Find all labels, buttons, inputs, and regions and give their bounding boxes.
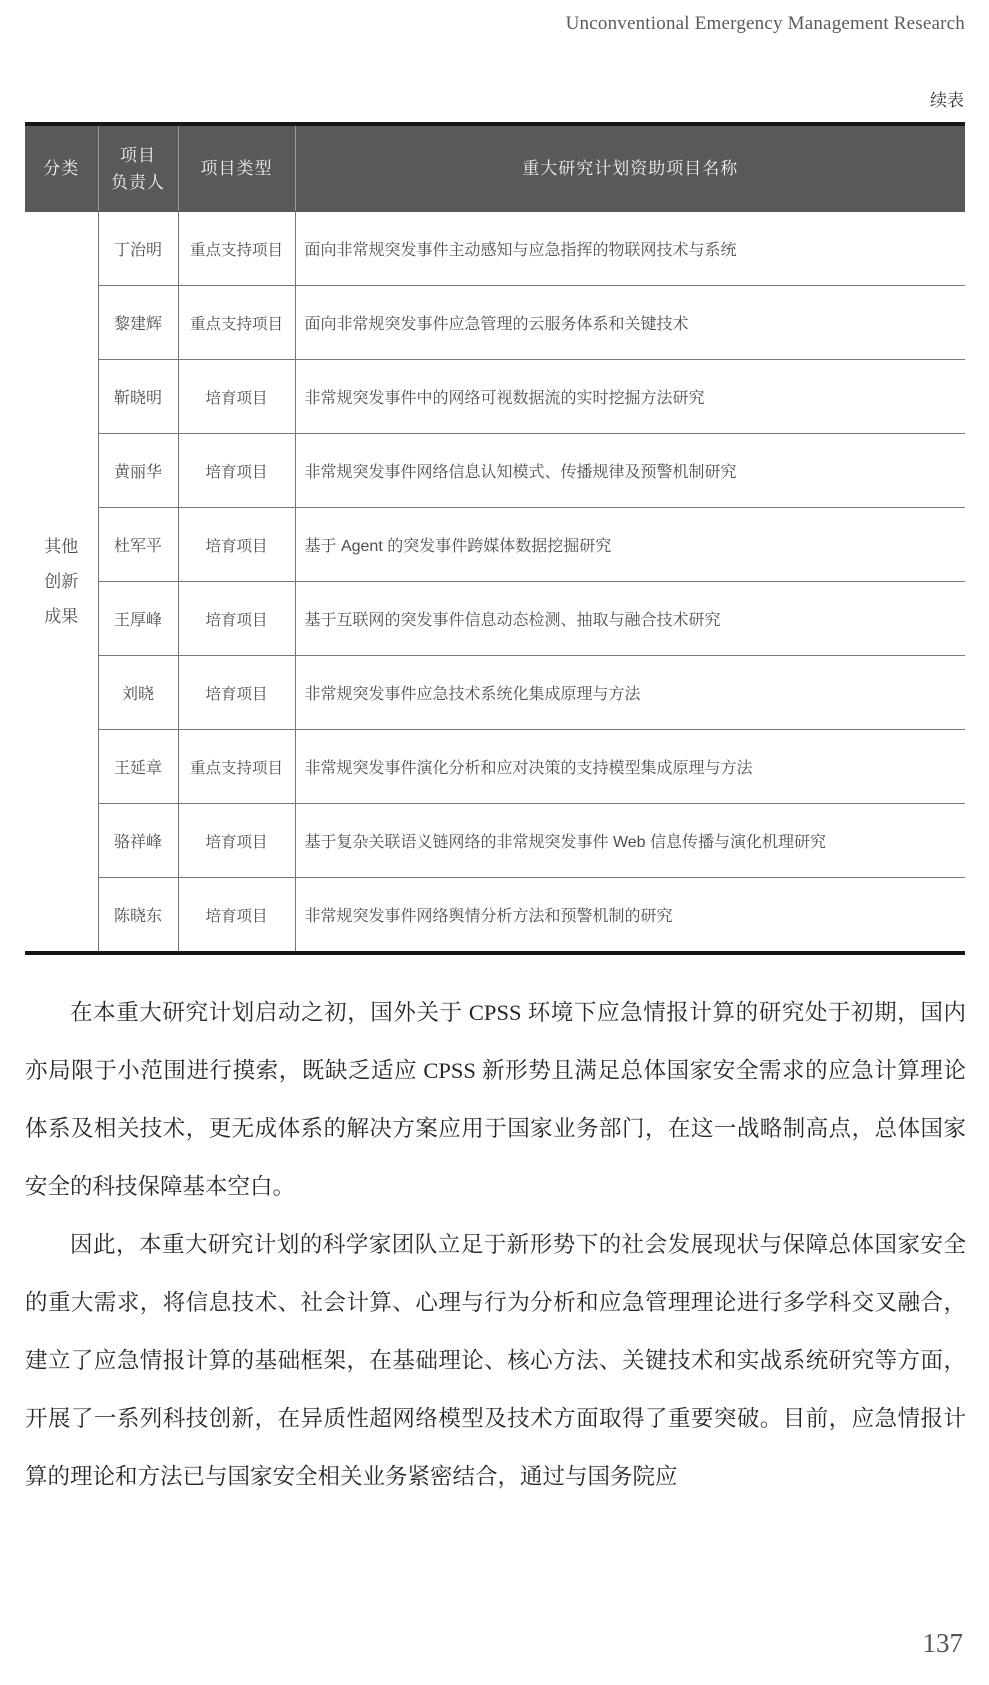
running-head: Unconventional Emergency Management Rese… [566, 13, 965, 35]
table-row: 靳晓明 培育项目 非常规突发事件中的网络可视数据流的实时挖掘方法研究 [25, 360, 965, 434]
cell-title: 基于复杂关联语义链网络的非常规突发事件 Web 信息传播与演化机理研究 [295, 804, 965, 878]
table-row: 王延章 重点支持项目 非常规突发事件演化分析和应对决策的支持模型集成原理与方法 [25, 730, 965, 804]
cell-leader: 刘晓 [98, 656, 178, 730]
cell-type: 培育项目 [178, 434, 295, 508]
cell-type: 培育项目 [178, 508, 295, 582]
cell-leader: 陈晓东 [98, 878, 178, 954]
cell-leader: 黎建辉 [98, 286, 178, 360]
table-row: 陈晓东 培育项目 非常规突发事件网络舆情分析方法和预警机制的研究 [25, 878, 965, 954]
cell-type: 培育项目 [178, 878, 295, 954]
funded-projects-table: 分类 项目 负责人 项目类型 重大研究计划资助项目名称 其他 创新 成果 丁治明… [25, 122, 965, 955]
cell-title: 面向非常规突发事件主动感知与应急指挥的物联网技术与系统 [295, 212, 965, 286]
cell-type: 培育项目 [178, 656, 295, 730]
category-cell: 其他 创新 成果 [25, 212, 98, 954]
paragraph: 在本重大研究计划启动之初，国外关于 CPSS 环境下应急情报计算的研究处于初期，… [25, 984, 966, 1216]
cell-type: 培育项目 [178, 582, 295, 656]
table-header-row: 分类 项目 负责人 项目类型 重大研究计划资助项目名称 [25, 124, 965, 212]
table-row: 王厚峰 培育项目 基于互联网的突发事件信息动态检测、抽取与融合技术研究 [25, 582, 965, 656]
cell-title: 非常规突发事件演化分析和应对决策的支持模型集成原理与方法 [295, 730, 965, 804]
table-row: 黎建辉 重点支持项目 面向非常规突发事件应急管理的云服务体系和关键技术 [25, 286, 965, 360]
table-row: 骆祥峰 培育项目 基于复杂关联语义链网络的非常规突发事件 Web 信息传播与演化… [25, 804, 965, 878]
table-row: 其他 创新 成果 丁治明 重点支持项目 面向非常规突发事件主动感知与应急指挥的物… [25, 212, 965, 286]
table-row: 杜军平 培育项目 基于 Agent 的突发事件跨媒体数据挖掘研究 [25, 508, 965, 582]
cell-leader: 杜军平 [98, 508, 178, 582]
page-number: 137 [923, 1628, 964, 1659]
cell-leader: 丁治明 [98, 212, 178, 286]
header-type: 项目类型 [178, 124, 295, 212]
document-page: Unconventional Emergency Management Rese… [0, 0, 989, 1685]
cell-title: 基于 Agent 的突发事件跨媒体数据挖掘研究 [295, 508, 965, 582]
cell-leader: 骆祥峰 [98, 804, 178, 878]
table-row: 黄丽华 培育项目 非常规突发事件网络信息认知模式、传播规律及预警机制研究 [25, 434, 965, 508]
body-text: 在本重大研究计划启动之初，国外关于 CPSS 环境下应急情报计算的研究处于初期，… [25, 984, 966, 1506]
continued-table-label: 续表 [930, 86, 964, 111]
cell-type: 培育项目 [178, 360, 295, 434]
cell-title: 非常规突发事件网络舆情分析方法和预警机制的研究 [295, 878, 965, 954]
cell-title: 非常规突发事件应急技术系统化集成原理与方法 [295, 656, 965, 730]
cell-leader: 靳晓明 [98, 360, 178, 434]
cell-type: 重点支持项目 [178, 730, 295, 804]
cell-type: 培育项目 [178, 804, 295, 878]
cell-title: 非常规突发事件中的网络可视数据流的实时挖掘方法研究 [295, 360, 965, 434]
cell-type: 重点支持项目 [178, 212, 295, 286]
cell-leader: 王延章 [98, 730, 178, 804]
cell-title: 非常规突发事件网络信息认知模式、传播规律及预警机制研究 [295, 434, 965, 508]
header-title: 重大研究计划资助项目名称 [295, 124, 965, 212]
cell-leader: 黄丽华 [98, 434, 178, 508]
cell-type: 重点支持项目 [178, 286, 295, 360]
paragraph: 因此，本重大研究计划的科学家团队立足于新形势下的社会发展现状与保障总体国家安全的… [25, 1216, 966, 1506]
header-leader: 项目 负责人 [98, 124, 178, 212]
cell-title: 面向非常规突发事件应急管理的云服务体系和关键技术 [295, 286, 965, 360]
cell-title: 基于互联网的突发事件信息动态检测、抽取与融合技术研究 [295, 582, 965, 656]
table-row: 刘晓 培育项目 非常规突发事件应急技术系统化集成原理与方法 [25, 656, 965, 730]
cell-leader: 王厚峰 [98, 582, 178, 656]
header-category: 分类 [25, 124, 98, 212]
